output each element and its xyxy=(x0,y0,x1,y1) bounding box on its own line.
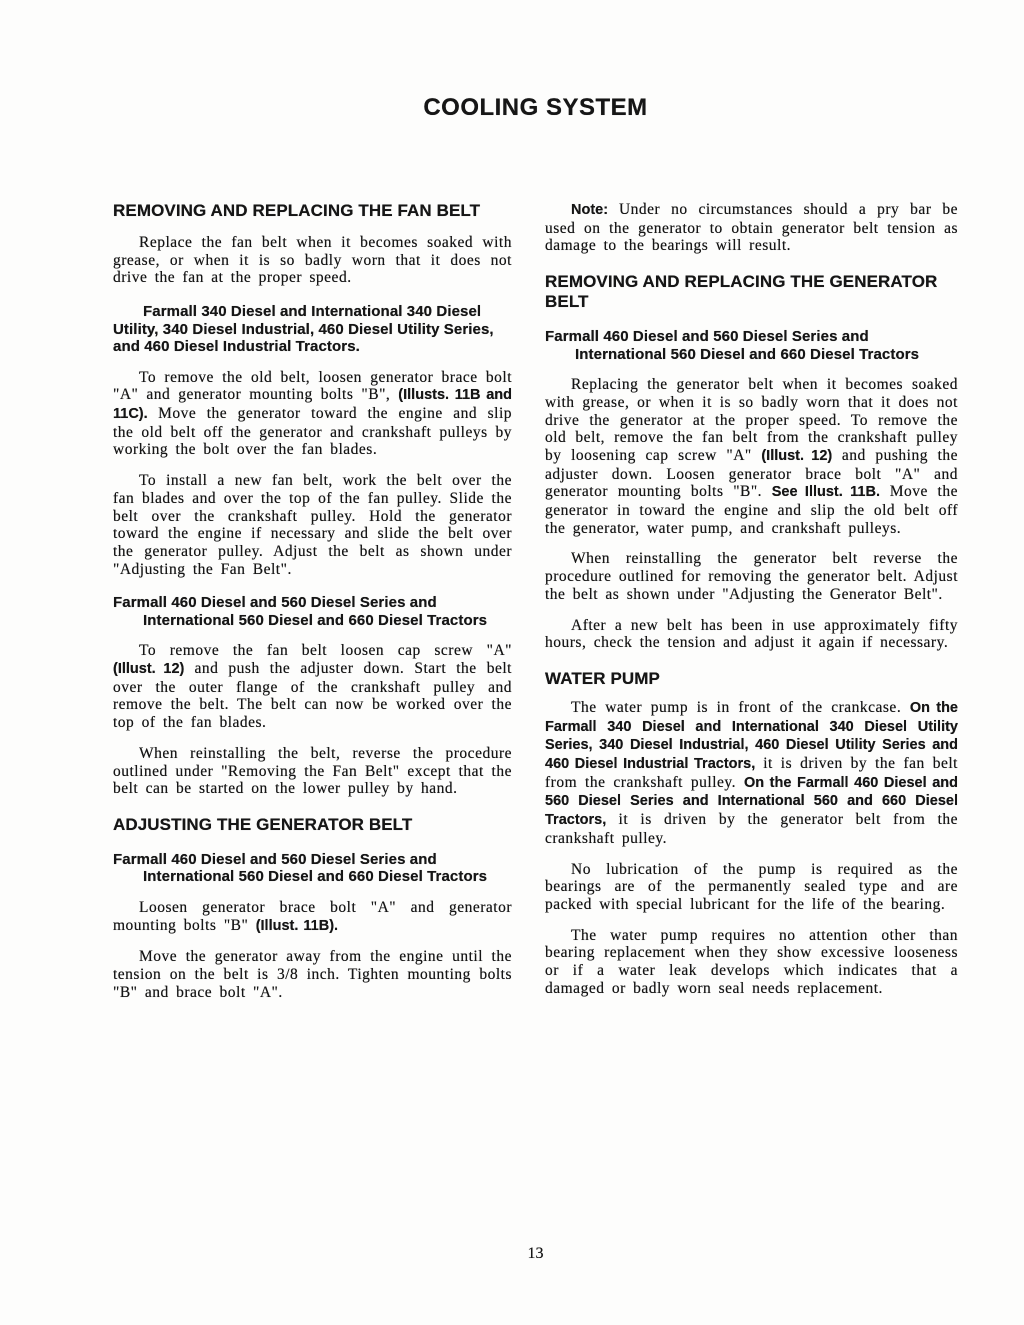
model-subheading-340: Farmall 340 Diesel and International 340… xyxy=(113,303,512,356)
note-label: Note: xyxy=(571,202,608,218)
paragraph-no-lubrication: No lubrication of the pump is required a… xyxy=(545,861,958,914)
subheading-line: Farmall 460 Diesel and 560 Diesel Series… xyxy=(545,328,958,346)
subheading-line: Farmall 340 Diesel and International 340… xyxy=(113,303,512,321)
paragraph-bearing-replacement: The water pump requires no attention oth… xyxy=(545,927,958,998)
paragraph-water-pump-location: The water pump is in front of the crankc… xyxy=(545,699,958,848)
model-subheading-460-generator: Farmall 460 Diesel and 560 Diesel Series… xyxy=(545,328,958,363)
subheading-line: Farmall 460 Diesel and 560 Diesel Series… xyxy=(113,594,512,612)
paragraph-reinstall-generator-belt: When reinstalling the generator belt rev… xyxy=(545,550,958,603)
paragraph-replace-fan-belt: Replace the fan belt when it becomes soa… xyxy=(113,234,512,287)
model-subheading-460-adjust: Farmall 460 Diesel and 560 Diesel Series… xyxy=(113,851,512,886)
model-subheading-460: Farmall 460 Diesel and 560 Diesel Series… xyxy=(113,594,512,629)
subheading-line: International 560 Diesel and 660 Diesel … xyxy=(113,612,512,630)
text-run: Move the generator toward the engine and… xyxy=(113,405,512,458)
paragraph-move-generator: Move the generator away from the engine … xyxy=(113,948,512,1001)
section-heading-generator-belt: REMOVING AND REPLACING THE GENERATOR BEL… xyxy=(545,272,958,312)
illustration-reference: (Illust. 12) xyxy=(761,448,832,464)
subheading-line: Utility, 340 Diesel Industrial, 460 Dies… xyxy=(113,321,512,339)
paragraph-note-pry-bar: Note: Under no circumstances should a pr… xyxy=(545,201,958,255)
section-heading-fan-belt: REMOVING AND REPLACING THE FAN BELT xyxy=(113,201,512,221)
right-column: Note: Under no circumstances should a pr… xyxy=(545,196,958,1001)
text-run: The water pump is in front of the crankc… xyxy=(571,699,910,716)
subheading-line: International 560 Diesel and 660 Diesel … xyxy=(545,346,958,364)
page-title: COOLING SYSTEM xyxy=(113,94,958,122)
paragraph-reinstall-belt: When reinstalling the belt, reverse the … xyxy=(113,745,512,798)
page-number: 13 xyxy=(113,1245,958,1263)
two-column-layout: REMOVING AND REPLACING THE FAN BELT Repl… xyxy=(113,196,958,1001)
illustration-reference: (Illust. 12) xyxy=(113,661,184,677)
paragraph-replacing-generator-belt: Replacing the generator belt when it bec… xyxy=(545,376,958,537)
paragraph-check-tension: After a new belt has been in use approxi… xyxy=(545,617,958,652)
subheading-line: International 560 Diesel and 660 Diesel … xyxy=(113,868,512,886)
paragraph-install-new-belt: To install a new fan belt, work the belt… xyxy=(113,472,512,578)
left-column: REMOVING AND REPLACING THE FAN BELT Repl… xyxy=(113,196,512,1001)
text-run: To remove the fan belt loosen cap screw … xyxy=(139,642,512,659)
paragraph-loosen-bolts: Loosen generator brace bolt "A" and gene… xyxy=(113,899,512,935)
illustration-reference: See Illust. 11B. xyxy=(772,484,880,500)
paragraph-remove-old-belt: To remove the old belt, loosen generator… xyxy=(113,369,512,460)
manual-page: COOLING SYSTEM REMOVING AND REPLACING TH… xyxy=(0,0,1024,1325)
subheading-line: Farmall 460 Diesel and 560 Diesel Series… xyxy=(113,851,512,869)
text-run: it is driven by the generator belt from … xyxy=(545,811,958,847)
section-heading-adjusting-generator-belt: ADJUSTING THE GENERATOR BELT xyxy=(113,815,512,835)
illustration-reference: (Illust. 11B). xyxy=(256,918,338,934)
section-heading-water-pump: WATER PUMP xyxy=(545,669,958,689)
paragraph-remove-fan-belt: To remove the fan belt loosen cap screw … xyxy=(113,642,512,732)
subheading-line: and 460 Diesel Industrial Tractors. xyxy=(113,338,512,356)
